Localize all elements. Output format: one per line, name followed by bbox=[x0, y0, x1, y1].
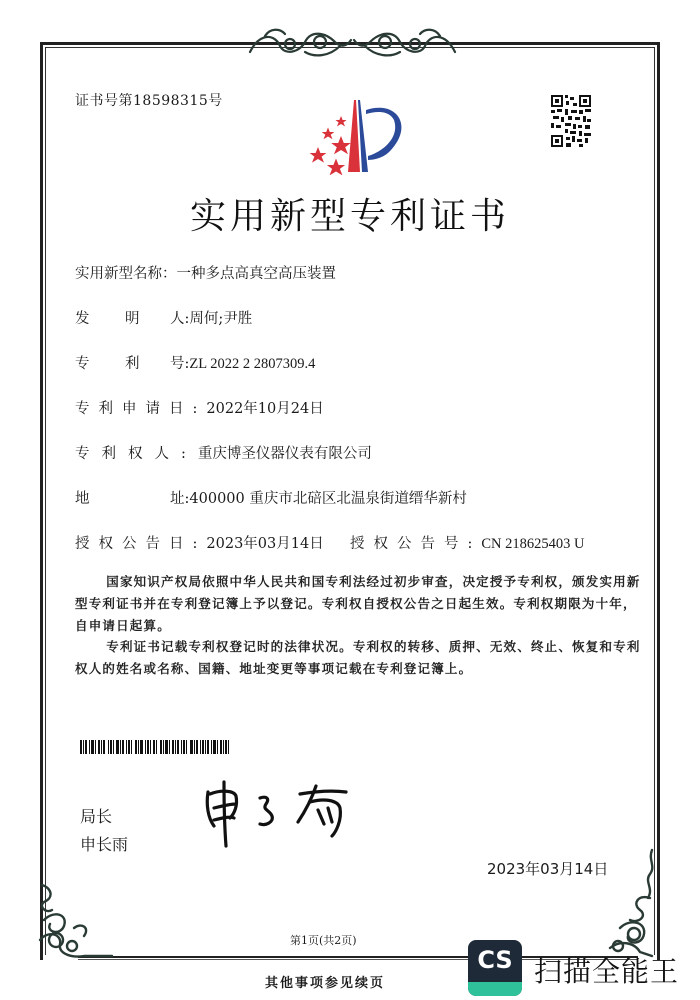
field-label-char: 利 bbox=[125, 352, 170, 373]
qr-code-icon bbox=[551, 95, 591, 147]
field-label: 实用新型名称： bbox=[75, 262, 177, 283]
field-value: 重庆博圣仪器仪表有限公司 bbox=[198, 446, 372, 462]
watermark-app-name: 扫描全能王 bbox=[534, 950, 679, 990]
field-value: ZL 2022 2 2807309.4 bbox=[189, 356, 315, 372]
field-utility-model-name: 实用新型名称：一种多点高真空高压装置 bbox=[75, 262, 336, 283]
sign-date: 2023年03月14日 bbox=[487, 858, 608, 879]
field-value: 400000 重庆市北碚区北温泉街道缙华新村 bbox=[189, 491, 466, 507]
field-patent-number: 专利号:ZL 2022 2 2807309.4 bbox=[75, 352, 315, 373]
field-label-char: 专 bbox=[75, 352, 125, 373]
field-address: 地址:400000 重庆市北碚区北温泉街道缙华新村 bbox=[75, 487, 467, 508]
field-value: 周何;尹胜 bbox=[189, 311, 252, 327]
certificate-title: 实用新型专利证书 bbox=[0, 188, 700, 239]
field-label-char: 发 bbox=[75, 307, 125, 328]
camscanner-logo-icon: CS bbox=[468, 940, 522, 996]
signatory-title: 局长 bbox=[80, 804, 112, 827]
field-label: 专利申请日: bbox=[75, 397, 206, 418]
legal-paragraph-1: 国家知识产权局依照中华人民共和国专利法经过初步审查，决定授予专利权，颁发实用新型… bbox=[75, 571, 645, 637]
field-label-char: 号: bbox=[170, 352, 189, 373]
badge-accent-bar bbox=[468, 982, 522, 996]
field-label-char: 址: bbox=[170, 487, 189, 508]
field-label-char: 明 bbox=[125, 307, 170, 328]
top-ornament-icon bbox=[245, 22, 460, 62]
field-value: 2022年10月24日 bbox=[206, 401, 323, 417]
handwritten-signature-icon bbox=[200, 780, 360, 850]
field-label-char: 地 bbox=[75, 487, 170, 508]
legal-paragraph-2: 专利证书记载专利权登记时的法律状况。专利权的转移、质押、无效、终止、恢复和专利权… bbox=[75, 636, 645, 680]
continued-note: 其他事项参见续页 bbox=[265, 972, 385, 991]
field-label: 专利权人: bbox=[75, 442, 198, 463]
field-grant-announcement-number: 授权公告号:CN 218625403 U bbox=[350, 532, 585, 553]
field-application-date: 专利申请日:2022年10月24日 bbox=[75, 397, 324, 418]
field-value: 一种多点高真空高压装置 bbox=[177, 266, 337, 282]
field-value: CN 218625403 U bbox=[481, 536, 584, 552]
barcode-icon bbox=[80, 740, 270, 754]
signatory-name: 申长雨 bbox=[80, 832, 128, 855]
field-patentee: 专利权人:重庆博圣仪器仪表有限公司 bbox=[75, 442, 372, 463]
page-indicator: 第1页(共2页) bbox=[290, 932, 357, 948]
badge-text: CS bbox=[468, 946, 522, 974]
field-value: 2023年03月14日 bbox=[206, 536, 323, 552]
certificate-number: 证书号第18598315号 bbox=[75, 90, 223, 110]
cnipa-logo-icon bbox=[296, 80, 411, 175]
field-label: 授权公告日: bbox=[75, 532, 206, 553]
field-grant-announcement-date: 授权公告日:2023年03月14日 bbox=[75, 532, 324, 553]
corner-ornament-bottom-left-icon bbox=[34, 880, 114, 965]
field-label-char: 人: bbox=[170, 307, 189, 328]
field-label: 授权公告号: bbox=[350, 532, 481, 553]
field-inventor: 发明人:周何;尹胜 bbox=[75, 307, 252, 328]
